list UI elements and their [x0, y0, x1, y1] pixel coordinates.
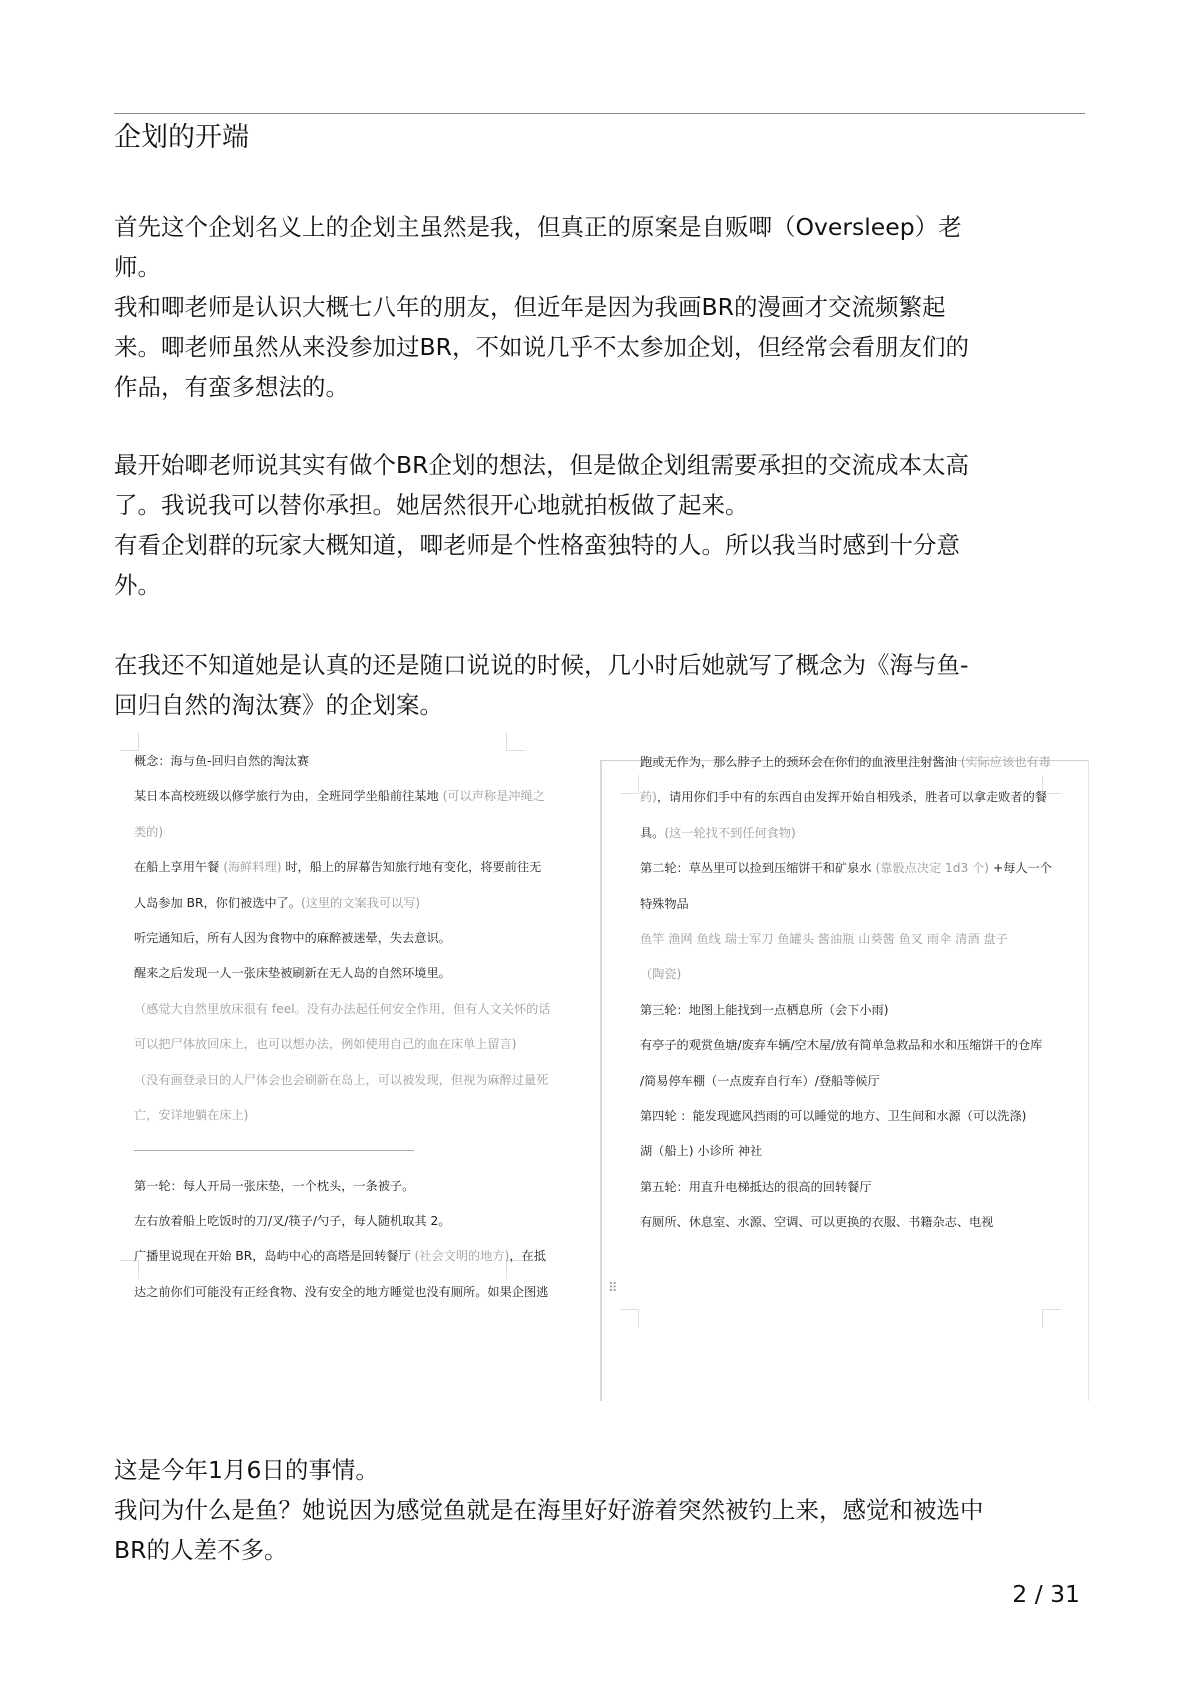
- proposal-page-right: ⠿ 跑或无作为，那么脖子上的颈环会在你们的血液里注射酱油 (实际应该也有毒 药)…: [600, 760, 1089, 1401]
- text-line: 跑或无作为，那么脖子上的颈环会在你们的血液里注射酱油 (实际应该也有毒: [640, 745, 1052, 780]
- paragraph-concept: 在我还不知道她是认真的还是随口说说的时候，几小时后她就写了概念为《海与鱼- 回归…: [114, 645, 1074, 725]
- horizontal-rule: [134, 1133, 551, 1168]
- paragraph-date: 这是今年1月6日的事情。 我问为什么是鱼？她说因为感觉鱼就是在海里好好游着突然被…: [114, 1450, 1074, 1570]
- proposal-page-left: 概念：海与鱼-回归自然的淘汰赛 某日本高校班级以修学旅行为由，全班同学坐船前往某…: [118, 760, 558, 1400]
- drag-handle-icon: ⠿: [608, 1283, 617, 1295]
- text-line: 湖（船上) 小诊所 神社: [640, 1134, 1052, 1169]
- text-line: 作品，有蛮多想法的。: [114, 367, 1074, 407]
- proposal-text-left: 概念：海与鱼-回归自然的淘汰赛 某日本高校班级以修学旅行为由，全班同学坐船前往某…: [134, 744, 551, 1310]
- text-line: 醒来之后发现一人一张床垫被刷新在无人岛的自然环境里。: [134, 956, 551, 991]
- text-line: 首先这个企划名义上的企划主虽然是我，但真正的原案是自贩唧（Oversleep）老: [114, 207, 1074, 247]
- text-line: 最开始唧老师说其实有做个BR企划的想法，但是做企划组需要承担的交流成本太高: [114, 445, 1074, 485]
- crop-mark: [620, 775, 639, 794]
- text-line: 了。我说我可以替你承担。她居然很开心地就拍板做了起来。: [114, 485, 1074, 525]
- text-line: 这是今年1月6日的事情。: [114, 1450, 1074, 1490]
- text-line: 有厕所、休息室、水源、空调、可以更换的衣服、书籍杂志、电视: [640, 1205, 1052, 1240]
- embedded-proposal-screenshot: 概念：海与鱼-回归自然的淘汰赛 某日本高校班级以修学旅行为由，全班同学坐船前往某…: [118, 760, 1086, 1400]
- proposal-text-right: 跑或无作为，那么脖子上的颈环会在你们的血液里注射酱油 (实际应该也有毒 药)，请…: [640, 745, 1052, 1240]
- text-line: 人岛参加 BR，你们被选中了。(这里的文案我可以写): [134, 886, 551, 921]
- section-title: 企划的开端: [114, 120, 249, 156]
- text-line: 第三轮：地图上能找到一点栖息所（会下小雨): [640, 993, 1052, 1028]
- text-line: BR的人差不多。: [114, 1530, 1074, 1570]
- paragraph-origin: 首先这个企划名义上的企划主虽然是我，但真正的原案是自贩唧（Oversleep）老…: [114, 207, 1074, 407]
- text-line: 外。: [114, 565, 1074, 605]
- crop-mark: [1042, 1309, 1061, 1328]
- text-line: （陶瓷): [640, 957, 1052, 992]
- text-line: 特殊物品: [640, 887, 1052, 922]
- text-line: 第二轮：草丛里可以捡到压缩饼干和矿泉水 (靠骰点决定 1d3 个) +每人一个: [640, 851, 1052, 886]
- text-line: 有看企划群的玩家大概知道，唧老师是个性格蛮独特的人。所以我当时感到十分意: [114, 525, 1074, 565]
- text-line: 某日本高校班级以修学旅行为由，全班同学坐船前往某地 (可以声称是冲绳之: [134, 779, 551, 814]
- text-line: 鱼竿 渔网 鱼线 瑞士军刀 鱼罐头 酱油瓶 山葵酱 鱼叉 雨伞 清酒 盘子: [640, 922, 1052, 957]
- text-line: 亡，安详地躺在床上): [134, 1098, 551, 1133]
- text-line: 具。(这一轮找不到任何食物): [640, 816, 1052, 851]
- text-line: /简易停车棚（一点废弃自行车）/登船等候厅: [640, 1064, 1052, 1099]
- text-line: 我问为什么是鱼？她说因为感觉鱼就是在海里好好游着突然被钓上来，感觉和被选中: [114, 1490, 1074, 1530]
- text-line: 在我还不知道她是认真的还是随口说说的时候，几小时后她就写了概念为《海与鱼-: [114, 645, 1074, 685]
- page-number: 2 / 31: [1012, 1580, 1080, 1608]
- paragraph-start: 最开始唧老师说其实有做个BR企划的想法，但是做企划组需要承担的交流成本太高 了。…: [114, 445, 1074, 605]
- text-line: 概念：海与鱼-回归自然的淘汰赛: [134, 744, 551, 779]
- text-line: 在船上享用午餐 (海鲜料理) 时，船上的屏幕告知旅行地有变化，将要前往无: [134, 850, 551, 885]
- text-line: 广播里说现在开始 BR，岛屿中心的高塔是回转餐厅 (社会文明的地方)，在抵: [134, 1239, 551, 1274]
- text-line: 来。唧老师虽然从来没参加过BR，不如说几乎不太参加企划，但经常会看朋友们的: [114, 327, 1074, 367]
- text-line: 第四轮 ：能发现遮风挡雨的可以睡觉的地方、卫生间和水源（可以洗涤): [640, 1099, 1052, 1134]
- text-line: 有亭子的观赏鱼塘/废弃车辆/空木屋/放有简单急救品和水和压缩饼干的仓库: [640, 1028, 1052, 1063]
- text-line: 回归自然的淘汰赛》的企划案。: [114, 685, 1074, 725]
- text-line: （感觉大自然里放床很有 feel。没有办法起任何安全作用，但有人文关怀的话: [134, 992, 551, 1027]
- crop-mark: [620, 1309, 639, 1328]
- text-line: 师。: [114, 247, 1074, 287]
- text-line: 左右放着船上吃饭时的刀/叉/筷子/勺子，每人随机取其 2。: [134, 1204, 551, 1239]
- text-line: （没有画登录日的人尸体会也会刷新在岛上，可以被发现，但视为麻醉过量死: [134, 1063, 551, 1098]
- text-line: 药)，请用你们手中有的东西自由发挥开始自相残杀，胜者可以拿走败者的餐: [640, 780, 1052, 815]
- text-line: 我和唧老师是认识大概七八年的朋友，但近年是因为我画BR的漫画才交流频繁起: [114, 287, 1074, 327]
- header-divider: [114, 113, 1085, 114]
- text-line: 第一轮：每人开局一张床垫，一个枕头，一条被子。: [134, 1169, 551, 1204]
- text-line: 听完通知后，所有人因为食物中的麻醉被迷晕，失去意识。: [134, 921, 551, 956]
- text-line: 达之前你们可能没有正经食物、没有安全的地方睡觉也没有厕所。如果企图逃: [134, 1275, 551, 1310]
- text-line: 可以把尸体放回床上，也可以想办法，例如使用自己的血在床单上留言): [134, 1027, 551, 1062]
- text-line: 第五轮：用直升电梯抵达的很高的回转餐厅: [640, 1170, 1052, 1205]
- text-line: 类的): [134, 815, 551, 850]
